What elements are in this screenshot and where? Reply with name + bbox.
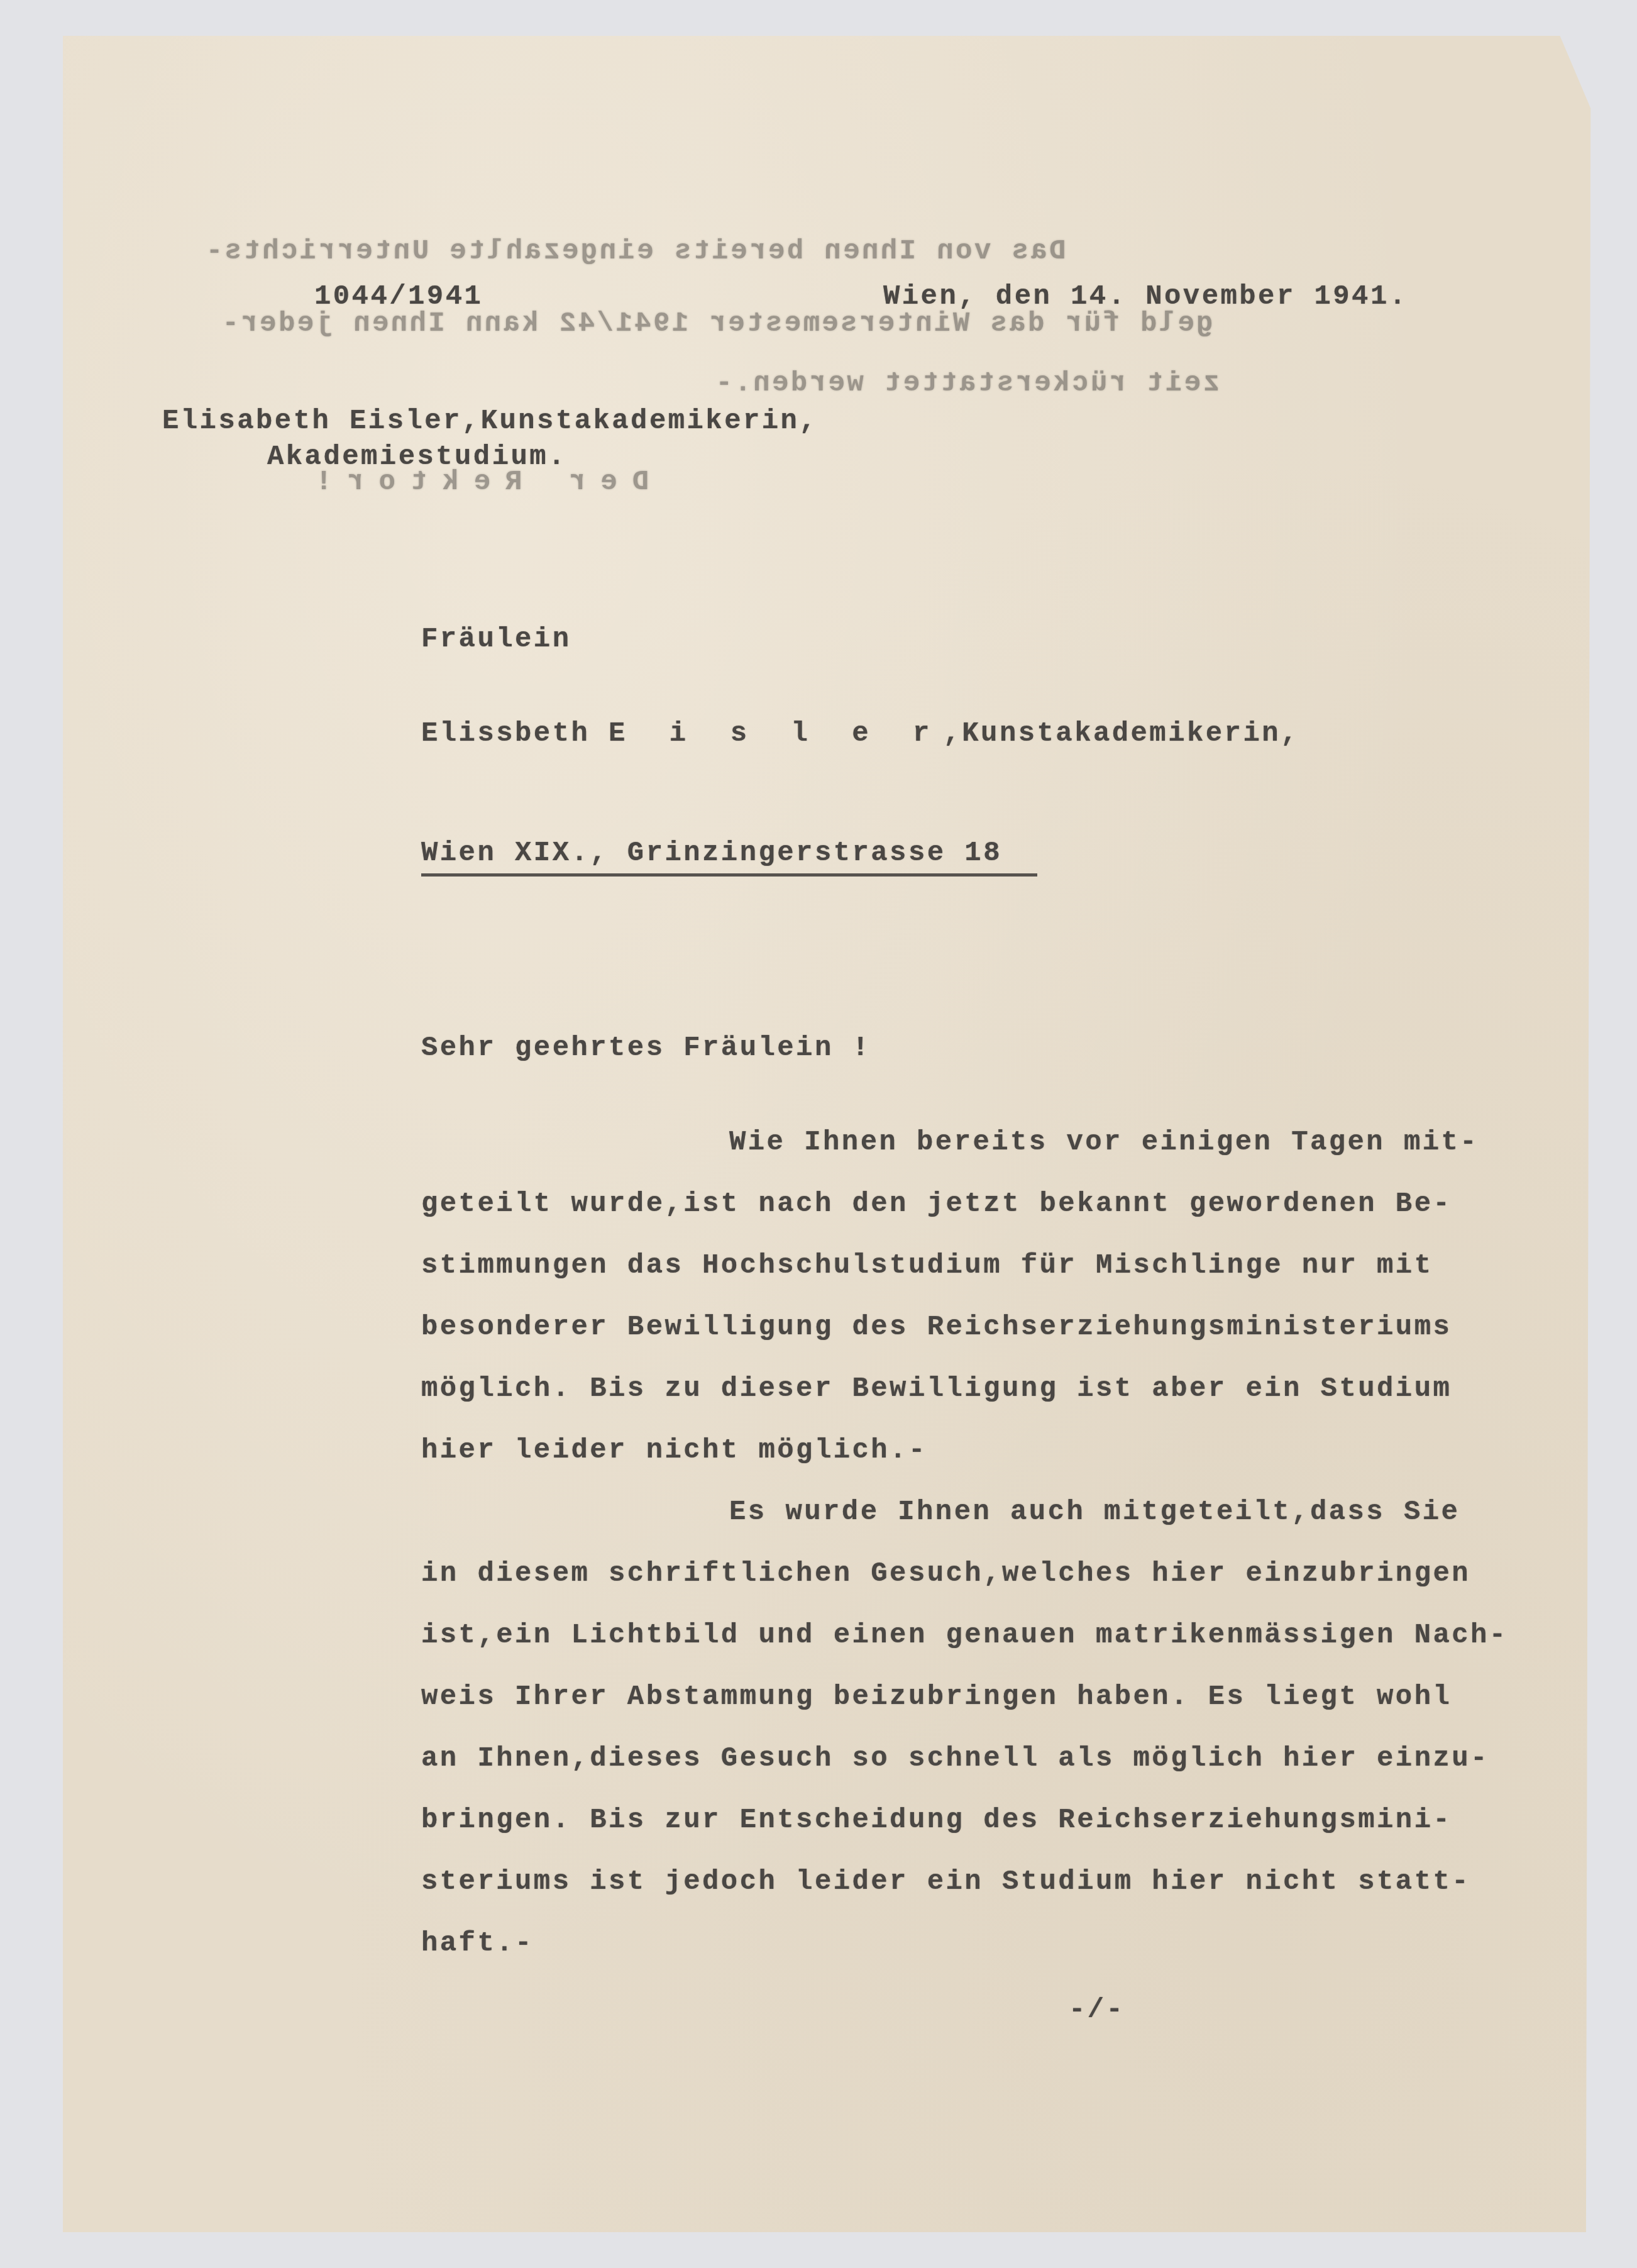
body-line: in diesem schriftlichen Gesuch,welches h… — [421, 1560, 1470, 1588]
date-line: Wien, den 14. November 1941. — [883, 283, 1408, 311]
body-line: möglich. Bis zu dieser Bewilligung ist a… — [421, 1375, 1452, 1403]
body-line: Wie Ihnen bereits vor einigen Tagen mit- — [729, 1129, 1479, 1156]
body-line: ist,ein Lichtbild und einen genauen matr… — [421, 1622, 1508, 1649]
bleed-through-line: Das von Ihnen bereits eingezahlte Unterr… — [189, 238, 1081, 265]
recipient-name: Elissbeth E i s l e r,Kunstakademikerin, — [421, 720, 1299, 748]
body-line: steriums ist jedoch leider ein Studium h… — [421, 1868, 1470, 1896]
body-line: weis Ihrer Abstammung beizubringen haben… — [421, 1683, 1452, 1711]
continuation-mark: -/- — [1069, 1996, 1125, 2024]
greeting: Sehr geehrtes Fräulein ! — [421, 1034, 871, 1062]
body-line: geteilt wurde,ist nach den jetzt bekannt… — [421, 1190, 1452, 1218]
recipient-title: Fräulein — [421, 626, 571, 653]
body-line: haft.- — [421, 1930, 534, 1957]
body-line: besonderer Bewilligung des Reichserziehu… — [421, 1314, 1452, 1341]
recipient-occupation: ,Kunstakademikerin, — [944, 718, 1299, 750]
body-line: bringen. Bis zur Entscheidung des Reichs… — [421, 1806, 1452, 1834]
recipient-address: Wien XIX., Grinzingerstrasse 18 — [421, 839, 1037, 877]
body-line: an Ihnen,dieses Gesuch so schnell als mö… — [421, 1745, 1489, 1773]
bleed-through-line: geld für das Wintersemester 1941/42 kann… — [214, 310, 1220, 338]
reference-number: 1044/1941 — [314, 283, 483, 311]
body-line: stimmungen das Hochschulstudium für Misc… — [421, 1252, 1433, 1280]
subject-line-1: Elisabeth Eisler,Kunstakademikerin, — [162, 407, 818, 435]
recipient-first-name: Elissbeth — [421, 718, 590, 750]
subject-line-2: Akademiestudium. — [267, 443, 567, 471]
body-line: hier leider nicht möglich.- — [421, 1437, 927, 1464]
body-line: Es wurde Ihnen auch mitgeteilt,dass Sie — [729, 1498, 1460, 1526]
bleed-through-line: zeit rückerstattet werden.- — [717, 370, 1220, 397]
recipient-last-name: E i s l e r — [609, 718, 943, 750]
